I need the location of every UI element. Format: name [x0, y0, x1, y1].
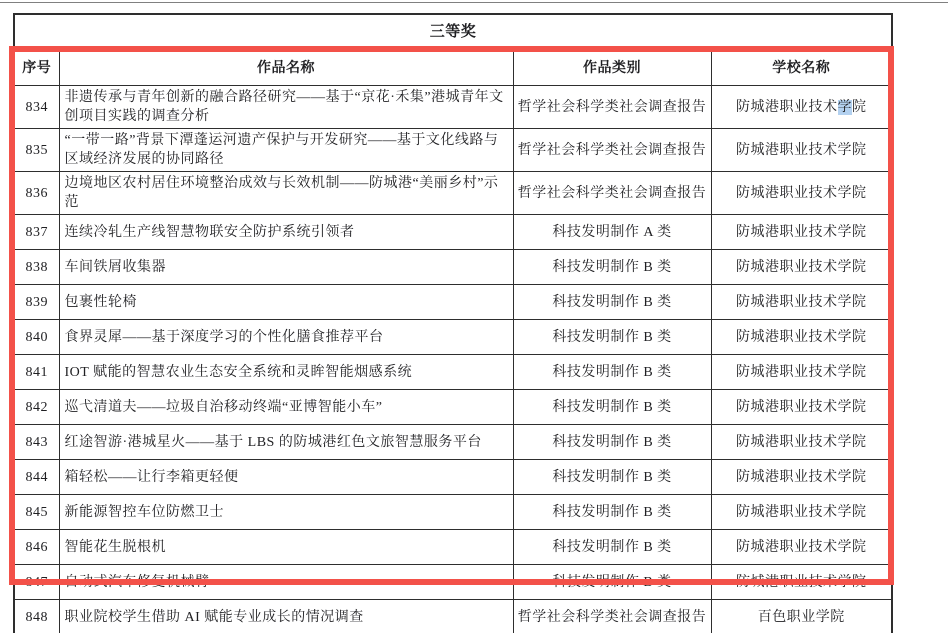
school-name: 防城港职业技术: [736, 100, 838, 115]
row-number: 834: [26, 100, 49, 115]
work-title: 巡弋清道夫——垃圾自治移动终端“亚博智能小车”: [65, 400, 383, 415]
work-title-cell: “一带一路”背景下潭蓬运河遗产保护与开发研究——基于文化线路与区域经济发展的协同…: [59, 129, 513, 172]
category-cell: 哲学社会科学类社会调查报告: [513, 172, 711, 215]
row-number: 842: [26, 400, 49, 415]
school-name: 防城港职业技术学院: [736, 505, 867, 520]
category-label: 科技发明制作 B 类: [552, 540, 671, 555]
row-number: 845: [26, 505, 49, 520]
category-cell: 科技发明制作 B 类: [513, 425, 711, 460]
row-number: 839: [26, 295, 49, 310]
category-cell: 哲学社会科学类社会调查报告: [513, 129, 711, 172]
row-number-cell: 845: [14, 495, 59, 530]
category-label: 科技发明制作 B 类: [552, 400, 671, 415]
row-number: 836: [26, 186, 49, 201]
row-number-cell: 835: [14, 129, 59, 172]
work-title-cell: 巡弋清道夫——垃圾自治移动终端“亚博智能小车”: [59, 390, 513, 425]
school-name: 防城港职业技术学院: [736, 260, 867, 275]
school-cell: 防城港职业技术学院: [711, 172, 892, 215]
category-cell: 科技发明制作 B 类: [513, 565, 711, 600]
award-table-body: 三等奖 序号 作品名称 作品类别 学校名称 834 非遗传承与青年创新的融合路径…: [14, 14, 892, 633]
school-name: 防城港职业技术学院: [736, 470, 867, 485]
school-cell: 防城港职业技术学院: [711, 320, 892, 355]
table-row: 841 IOT 赋能的智慧农业生态安全系统和灵眸智能烟感系统 科技发明制作 B …: [14, 355, 892, 390]
table-row: 836 边境地区农村居住环境整治成效与长效机制——防城港“美丽乡村”示范 哲学社…: [14, 172, 892, 215]
category-cell: 哲学社会科学类社会调查报告: [513, 600, 711, 633]
school-name: 防城港职业技术学院: [736, 295, 867, 310]
school-name: 防城港职业技术学院: [736, 143, 867, 158]
category-cell: 科技发明制作 B 类: [513, 460, 711, 495]
table-row: 844 箱轻松——让行李箱更轻便 科技发明制作 B 类 防城港职业技术学院: [14, 460, 892, 495]
table-row: 834 非遗传承与青年创新的融合路径研究——基于“京花·禾集”港城青年文创项目实…: [14, 86, 892, 129]
row-number: 844: [26, 470, 49, 485]
work-title: IOT 赋能的智慧农业生态安全系统和灵眸智能烟感系统: [65, 365, 413, 380]
row-number-cell: 834: [14, 86, 59, 129]
school-cell: 防城港职业技术学院: [711, 86, 892, 129]
school-name: 防城港职业技术学院: [736, 435, 867, 450]
category-label: 科技发明制作 A 类: [552, 225, 671, 240]
category-label: 科技发明制作 B 类: [552, 295, 671, 310]
category-label: 科技发明制作 B 类: [552, 575, 671, 590]
work-title: 智能花生脱根机: [65, 540, 167, 555]
row-number-cell: 842: [14, 390, 59, 425]
prize-tier-title: 三等奖: [14, 14, 892, 51]
work-title-cell: 智能花生脱根机: [59, 530, 513, 565]
row-number-cell: 846: [14, 530, 59, 565]
row-number-cell: 840: [14, 320, 59, 355]
category-cell: 科技发明制作 B 类: [513, 250, 711, 285]
school-name-suffix: 院: [852, 100, 867, 115]
school-cell: 防城港职业技术学院: [711, 530, 892, 565]
category-label: 科技发明制作 B 类: [552, 330, 671, 345]
school-name: 防城港职业技术学院: [736, 575, 867, 590]
work-title-cell: 职业院校学生借助 AI 赋能专业成长的情况调查: [59, 600, 513, 633]
category-cell: 科技发明制作 B 类: [513, 320, 711, 355]
row-number: 848: [26, 610, 49, 625]
category-cell: 科技发明制作 B 类: [513, 495, 711, 530]
work-title-cell: 箱轻松——让行李箱更轻便: [59, 460, 513, 495]
category-label: 科技发明制作 B 类: [552, 365, 671, 380]
school-cell: 百色职业学院: [711, 600, 892, 633]
school-cell: 防城港职业技术学院: [711, 215, 892, 250]
row-number-cell: 837: [14, 215, 59, 250]
category-label: 科技发明制作 B 类: [552, 435, 671, 450]
table-row: 846 智能花生脱根机 科技发明制作 B 类 防城港职业技术学院: [14, 530, 892, 565]
work-title-cell: 新能源智控车位防燃卫士: [59, 495, 513, 530]
row-number-cell: 848: [14, 600, 59, 633]
category-cell: 科技发明制作 B 类: [513, 530, 711, 565]
work-title: 连续冷轧生产线智慧物联安全防护系统引领者: [65, 225, 355, 240]
table-row: 845 新能源智控车位防燃卫士 科技发明制作 B 类 防城港职业技术学院: [14, 495, 892, 530]
category-label: 哲学社会科学类社会调查报告: [518, 100, 707, 115]
row-number-cell: 844: [14, 460, 59, 495]
header-category: 作品类别: [513, 51, 711, 86]
school-name: 防城港职业技术学院: [736, 365, 867, 380]
school-cell: 防城港职业技术学院: [711, 460, 892, 495]
table-row: 839 包裹性轮椅 科技发明制作 B 类 防城港职业技术学院: [14, 285, 892, 320]
table-row: 848 职业院校学生借助 AI 赋能专业成长的情况调查 哲学社会科学类社会调查报…: [14, 600, 892, 633]
work-title-cell: IOT 赋能的智慧农业生态安全系统和灵眸智能烟感系统: [59, 355, 513, 390]
row-number-cell: 839: [14, 285, 59, 320]
row-number: 846: [26, 540, 49, 555]
school-cell: 防城港职业技术学院: [711, 565, 892, 600]
row-number: 838: [26, 260, 49, 275]
work-title: 红途智游·港城星火——基于 LBS 的防城港红色文旅智慧服务平台: [65, 435, 482, 450]
table-row: 838 车间铁屑收集器 科技发明制作 B 类 防城港职业技术学院: [14, 250, 892, 285]
school-name: 防城港职业技术学院: [736, 540, 867, 555]
work-title: 职业院校学生借助 AI 赋能专业成长的情况调查: [65, 610, 364, 625]
school-name: 防城港职业技术学院: [736, 225, 867, 240]
table-row: 842 巡弋清道夫——垃圾自治移动终端“亚博智能小车” 科技发明制作 B 类 防…: [14, 390, 892, 425]
school-cell: 防城港职业技术学院: [711, 250, 892, 285]
row-number: 841: [26, 365, 49, 380]
prize-tier-row: 三等奖: [14, 14, 892, 51]
table-row: 835 “一带一路”背景下潭蓬运河遗产保护与开发研究——基于文化线路与区域经济发…: [14, 129, 892, 172]
work-title: 边境地区农村居住环境整治成效与长效机制——防城港“美丽乡村”示范: [65, 176, 499, 210]
row-number: 840: [26, 330, 49, 345]
category-cell: 科技发明制作 B 类: [513, 390, 711, 425]
row-number-cell: 843: [14, 425, 59, 460]
work-title-cell: 车间铁屑收集器: [59, 250, 513, 285]
work-title-cell: 红途智游·港城星火——基于 LBS 的防城港红色文旅智慧服务平台: [59, 425, 513, 460]
work-title: 包裹性轮椅: [65, 295, 138, 310]
school-cell: 防城港职业技术学院: [711, 495, 892, 530]
category-cell: 科技发明制作 A 类: [513, 215, 711, 250]
school-cell: 防城港职业技术学院: [711, 285, 892, 320]
school-name: 防城港职业技术学院: [736, 400, 867, 415]
category-label: 哲学社会科学类社会调查报告: [518, 610, 707, 625]
category-cell: 科技发明制作 B 类: [513, 285, 711, 320]
work-title-cell: 连续冷轧生产线智慧物联安全防护系统引领者: [59, 215, 513, 250]
school-name: 防城港职业技术学院: [736, 186, 867, 201]
work-title: 自动式汽车修复机械臂: [65, 575, 210, 590]
work-title-cell: 边境地区农村居住环境整治成效与长效机制——防城港“美丽乡村”示范: [59, 172, 513, 215]
work-title: 食界灵犀——基于深度学习的个性化膳食推荐平台: [65, 330, 384, 345]
school-name: 防城港职业技术学院: [736, 330, 867, 345]
school-cell: 防城港职业技术学院: [711, 129, 892, 172]
search-highlight: 学: [838, 100, 853, 115]
work-title-cell: 包裹性轮椅: [59, 285, 513, 320]
row-number: 835: [26, 143, 49, 158]
category-label: 哲学社会科学类社会调查报告: [518, 143, 707, 158]
school-cell: 防城港职业技术学院: [711, 425, 892, 460]
work-title: “一带一路”背景下潭蓬运河遗产保护与开发研究——基于文化线路与区域经济发展的协同…: [65, 133, 499, 167]
header-no: 序号: [14, 51, 59, 86]
table-row: 847 自动式汽车修复机械臂 科技发明制作 B 类 防城港职业技术学院: [14, 565, 892, 600]
school-cell: 防城港职业技术学院: [711, 355, 892, 390]
table-row: 843 红途智游·港城星火——基于 LBS 的防城港红色文旅智慧服务平台 科技发…: [14, 425, 892, 460]
row-number-cell: 836: [14, 172, 59, 215]
category-label: 科技发明制作 B 类: [552, 505, 671, 520]
category-label: 科技发明制作 B 类: [552, 470, 671, 485]
page-top-rule: [0, 2, 948, 3]
row-number-cell: 841: [14, 355, 59, 390]
school-cell: 防城港职业技术学院: [711, 390, 892, 425]
category-label: 哲学社会科学类社会调查报告: [518, 186, 707, 201]
row-number-cell: 847: [14, 565, 59, 600]
category-cell: 哲学社会科学类社会调查报告: [513, 86, 711, 129]
header-work-title: 作品名称: [59, 51, 513, 86]
school-name: 百色职业学院: [758, 610, 845, 625]
work-title: 车间铁屑收集器: [65, 260, 167, 275]
table-row: 837 连续冷轧生产线智慧物联安全防护系统引领者 科技发明制作 A 类 防城港职…: [14, 215, 892, 250]
work-title-cell: 非遗传承与青年创新的融合路径研究——基于“京花·禾集”港城青年文创项目实践的调查…: [59, 86, 513, 129]
category-label: 科技发明制作 B 类: [552, 260, 671, 275]
row-number: 837: [26, 225, 49, 240]
award-results-table: 三等奖 序号 作品名称 作品类别 学校名称 834 非遗传承与青年创新的融合路径…: [13, 13, 893, 633]
table-header-row: 序号 作品名称 作品类别 学校名称: [14, 51, 892, 86]
row-number: 843: [26, 435, 49, 450]
category-cell: 科技发明制作 B 类: [513, 355, 711, 390]
table-row: 840 食界灵犀——基于深度学习的个性化膳食推荐平台 科技发明制作 B 类 防城…: [14, 320, 892, 355]
work-title-cell: 自动式汽车修复机械臂: [59, 565, 513, 600]
header-school: 学校名称: [711, 51, 892, 86]
row-number-cell: 838: [14, 250, 59, 285]
work-title: 箱轻松——让行李箱更轻便: [65, 470, 239, 485]
work-title-cell: 食界灵犀——基于深度学习的个性化膳食推荐平台: [59, 320, 513, 355]
row-number: 847: [26, 575, 49, 590]
work-title: 非遗传承与青年创新的融合路径研究——基于“京花·禾集”港城青年文创项目实践的调查…: [65, 90, 504, 124]
work-title: 新能源智控车位防燃卫士: [65, 505, 225, 520]
